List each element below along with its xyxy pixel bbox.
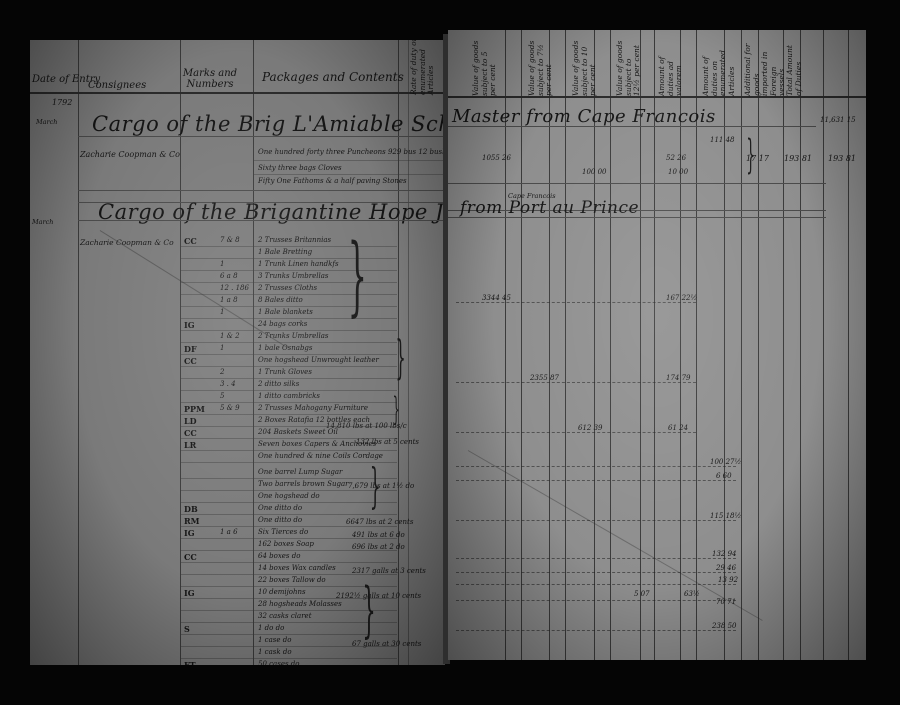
- column-rule: [78, 40, 79, 665]
- ledger-left-page: Date of Entry Consignees Marks and Numbe…: [30, 40, 445, 665]
- row-number: 1 a 6: [220, 528, 238, 536]
- value-cell: 111 48: [710, 136, 735, 144]
- value-cell: 174 79: [666, 374, 691, 382]
- row-content: 50 cases do: [258, 660, 299, 665]
- row-content: 1 Bale blankets: [258, 308, 313, 316]
- dotted-leader: [456, 630, 736, 631]
- column-rule: [823, 30, 824, 660]
- row-number: 3 . 4: [220, 380, 236, 388]
- weight-note: 2192½ galls at 10 cents: [336, 592, 421, 600]
- row-rule: [180, 658, 397, 659]
- row-number: 1: [220, 344, 224, 352]
- row-rule: [78, 220, 445, 221]
- value-cell: 6 60: [716, 472, 732, 480]
- row-rule: [180, 514, 397, 515]
- row-rule: [180, 562, 397, 563]
- row-content: 2 Trusses Britannias: [258, 236, 331, 244]
- row-rule: [180, 462, 397, 463]
- header-rate-duty: Rate of duty on enumerated Articles: [410, 40, 436, 95]
- column-rule: [800, 30, 801, 660]
- row-number: 1: [220, 260, 224, 268]
- row-number: 1: [220, 308, 224, 316]
- row-number: 5 & 9: [220, 404, 240, 412]
- row-mark: IG: [184, 528, 195, 538]
- cargo1-item: Fifty One Fathoms & a half paving Stones: [258, 177, 407, 185]
- header-ten-pct: Value of goods subject to 10 per cent: [572, 40, 598, 96]
- row-content: 14 boxes Wax candles: [258, 564, 336, 572]
- weight-note: 6647 lbs at 2 cents: [346, 518, 413, 526]
- row-rule: [180, 478, 397, 479]
- row-rule: [180, 342, 397, 343]
- column-rule: [783, 30, 784, 660]
- value-cell: 193 81: [784, 154, 812, 163]
- row-content: 32 casks claret: [258, 612, 312, 620]
- row-content: One ditto do: [258, 504, 302, 512]
- row-content: 24 bags corks: [258, 320, 307, 328]
- row-content: 2 Trusses Cloths: [258, 284, 317, 292]
- dotted-leader: [456, 382, 696, 383]
- row-rule: [180, 450, 397, 451]
- row-rule: [180, 502, 397, 503]
- dotted-leader: [456, 572, 736, 573]
- brace-icon: }: [370, 458, 381, 514]
- row-number: 1 & 2: [220, 332, 240, 340]
- row-content: One ditto do: [258, 516, 302, 524]
- row-content: 64 boxes do: [258, 552, 300, 560]
- dotted-leader: [456, 600, 736, 601]
- row-rule: [448, 183, 826, 184]
- row-content: 1 Bale Bretting: [258, 248, 312, 256]
- cargo2-continuation: from Port au Prince: [460, 198, 639, 218]
- value-cell: 238 50: [712, 622, 737, 630]
- value-cell: 63½: [684, 590, 700, 598]
- margin-total: 11,631 15: [820, 116, 856, 124]
- consignee-2: Zacharie Coopman & Co: [80, 238, 174, 247]
- consignee-1: Zacharie Coopman & Co: [80, 150, 180, 159]
- header-five-pct: Value of goods subject to 5 per cent: [472, 40, 498, 96]
- row-mark: FT: [184, 660, 196, 665]
- weight-note: 7,679 lbs at 1½ do: [348, 482, 414, 490]
- header-marks-numbers: Marks and Numbers: [180, 68, 240, 90]
- row-rule: [180, 378, 397, 379]
- column-rule: [848, 30, 849, 660]
- value-cell: 61 24: [668, 424, 688, 432]
- row-mark: CC: [184, 356, 197, 366]
- row-content: One hundred & nine Coils Cordage: [258, 452, 383, 460]
- value-cell: 612 39: [578, 424, 603, 432]
- header-rule: [30, 92, 445, 94]
- row-mark: DF: [184, 344, 197, 354]
- column-rule: [741, 30, 742, 660]
- brace-icon: }: [396, 330, 406, 384]
- value-cell: 2355 87: [530, 374, 559, 382]
- row-content: 1 cask do: [258, 648, 292, 656]
- row-mark: PPM: [184, 404, 205, 414]
- dotted-leader: [456, 432, 696, 433]
- row-content: One hogshead Unwrought leather: [258, 356, 379, 364]
- value-cell: 29 46: [716, 564, 736, 572]
- row-mark: IG: [184, 588, 195, 598]
- dotted-leader: [456, 584, 736, 585]
- row-rule: [180, 354, 397, 355]
- header-twelve-half-pct: Value of goods subject to 12½ per cent: [616, 40, 642, 96]
- brace-icon: }: [393, 390, 400, 428]
- value-cell: 10 00: [668, 168, 688, 176]
- dotted-leader: [456, 302, 696, 303]
- row-mark: LR: [184, 440, 196, 450]
- entry-month: March: [32, 218, 53, 226]
- dotted-leader: [456, 558, 736, 559]
- row-mark: DB: [184, 504, 198, 514]
- value-cell: 167 22½: [666, 294, 697, 302]
- value-cell: 52 26: [666, 154, 686, 162]
- row-rule: [448, 126, 816, 127]
- value-cell: 100 27½: [710, 458, 741, 466]
- row-mark: RM: [184, 516, 200, 526]
- dotted-leader: [456, 480, 736, 481]
- weight-note: 2317 galls at 3 cents: [352, 567, 426, 575]
- row-rule: [180, 526, 397, 527]
- row-rule: [180, 490, 397, 491]
- row-number: 7 & 8: [220, 236, 240, 244]
- value-cell: 13 92: [718, 576, 738, 584]
- brace-icon: }: [362, 575, 375, 645]
- row-content: 28 hogsheads Molasses: [258, 600, 342, 608]
- entry-year: 1792: [52, 98, 72, 107]
- value-cell: 3344 45: [482, 294, 511, 302]
- row-content: 3 Trunks Umbrellas: [258, 272, 329, 280]
- value-cell: 17 17: [746, 154, 769, 163]
- value-cell: 1055 26: [482, 154, 511, 162]
- row-content: 22 boxes Tallow do: [258, 576, 326, 584]
- entry-month: March: [36, 118, 57, 126]
- column-rule: [758, 30, 759, 660]
- row-mark: IG: [184, 320, 195, 330]
- row-rule: [180, 330, 397, 331]
- header-rule: [448, 96, 866, 98]
- row-number: 12 . 186: [220, 284, 249, 292]
- cargo1-item: One hundred forty three Puncheons 929 bu…: [258, 148, 445, 156]
- weight-note: 696 lbs at 2 do: [352, 543, 405, 551]
- row-content: 2 Trusses Mahogany Furniture: [258, 404, 368, 412]
- header-packages-contents: Packages and Contents: [262, 72, 404, 83]
- row-rule: [180, 402, 397, 403]
- value-cell: 100 00: [582, 168, 607, 176]
- row-rule: [253, 160, 445, 161]
- row-content: 1 Trunk Linen handkfs: [258, 260, 339, 268]
- row-content: 1 case do: [258, 636, 291, 644]
- row-rule: [78, 190, 445, 191]
- header-foreign-additional: Additional for goods imported in Foreign…: [744, 40, 787, 96]
- row-content: 8 Bales ditto: [258, 296, 303, 304]
- row-content: Two barrels brown Sugar: [258, 480, 348, 488]
- header-total-duties: Total Amount of Duties: [786, 40, 803, 96]
- row-rule: [78, 136, 445, 137]
- row-mark: CC: [184, 236, 197, 246]
- weight-note: 491 lbs at 6 do: [352, 531, 405, 539]
- row-content: 162 boxes Soap: [258, 540, 314, 548]
- row-content: 10 demijohns: [258, 588, 306, 596]
- weight-note: 132 lbs at 5 cents: [356, 438, 419, 446]
- cargo-title-1: Cargo of the Brig L'Amiable Scheglinsha …: [92, 112, 445, 136]
- row-rule: [180, 390, 397, 391]
- brace-icon: }: [348, 226, 367, 326]
- value-cell: 193 81: [828, 154, 856, 163]
- header-enumerated: Amount of duties on enumerated Articles: [702, 40, 736, 96]
- row-content: One hogshead do: [258, 492, 320, 500]
- value-cell: 115 18½: [710, 512, 741, 520]
- row-mark: S: [184, 624, 190, 634]
- dotted-leader: [456, 520, 736, 521]
- ledger-right-page: Value of goods subject to 5 per cent Val…: [448, 30, 866, 660]
- row-mark: CC: [184, 552, 197, 562]
- cargo1-item: Sixty three bags Cloves: [258, 164, 342, 172]
- row-rule: [448, 217, 826, 218]
- row-mark: LD: [184, 416, 197, 426]
- row-rule: [253, 174, 445, 175]
- row-content: 2 ditto silks: [258, 380, 299, 388]
- row-rule: [180, 366, 397, 367]
- row-mark: CC: [184, 428, 197, 438]
- header-consignees: Consignees: [88, 80, 146, 91]
- value-cell: 5 07: [634, 590, 650, 598]
- row-rule: [180, 414, 397, 415]
- row-number: 1 a 8: [220, 296, 238, 304]
- value-cell: 132 94: [712, 550, 737, 558]
- row-content: 1 ditto cambricks: [258, 392, 320, 400]
- header-seven-half-pct: Value of goods subject to 7½ per cent: [528, 40, 554, 96]
- row-number: 2: [220, 368, 224, 376]
- row-content: Six Tierces do: [258, 528, 308, 536]
- row-number: 5: [220, 392, 224, 400]
- row-content: 1 do do: [258, 624, 284, 632]
- row-content: One barrel Lump Sugar: [258, 468, 342, 476]
- row-number: 6 a 8: [220, 272, 238, 280]
- row-content: 1 Trunk Gloves: [258, 368, 312, 376]
- cargo1-continuation: Master from Cape Francois: [452, 106, 716, 127]
- header-ad-valorem: Amount of duties ad valorem: [658, 40, 684, 96]
